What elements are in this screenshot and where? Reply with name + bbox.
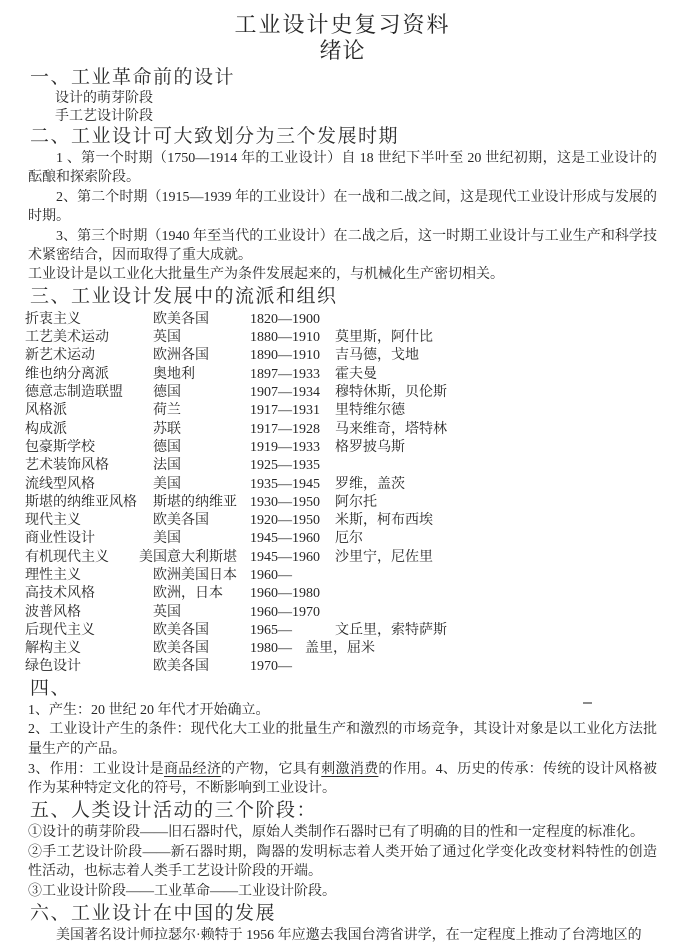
years-cell: 1930—1950 xyxy=(250,494,335,512)
region-cell: 英国 xyxy=(153,604,250,622)
text-segment: 2、工业设计产生的条件：现代化大工业的批量生产和激烈的市场竞争，其设计对象是以工… xyxy=(28,722,657,757)
movement-row: 绿色设计欧美各国1970— xyxy=(25,658,657,676)
movement-row: 有机现代主义美国意大利斯堪1945—1960沙里宁，尼佐里 xyxy=(25,549,657,567)
designers-cell: 霍夫曼 xyxy=(335,366,657,384)
section-4-heading: 四、 xyxy=(30,679,657,699)
region-cell: 美国 xyxy=(153,476,250,494)
designers-cell: 文丘里，索特萨斯 xyxy=(335,622,657,640)
underlined-term: 刺激消费 xyxy=(321,762,378,777)
movement-row: 风格派荷兰1917—1931里特维尔德 xyxy=(25,402,657,420)
movement-row: 包豪斯学校德国1919—1933格罗披乌斯 xyxy=(25,439,657,457)
movement-name-cell: 斯堪的纳维亚风格 xyxy=(25,494,153,512)
years-cell: 1960— xyxy=(250,567,335,585)
region-cell: 欧美各国 xyxy=(153,640,250,658)
movement-row: 高技术风格欧洲，日本1960—1980 xyxy=(25,585,657,603)
movement-row: 德意志制造联盟德国1907—1934穆特休斯，贝伦斯 xyxy=(25,384,657,402)
section-four-item: 2、工业设计产生的条件：现代化大工业的批量生产和激烈的市场竞争，其设计对象是以工… xyxy=(28,720,657,759)
designers-cell xyxy=(335,457,657,475)
scan-artifact-dash xyxy=(583,702,592,704)
movement-name-cell: 解构主义 xyxy=(25,640,153,658)
years-cell: 1907—1934 xyxy=(250,384,335,402)
region-cell: 苏联 xyxy=(153,421,250,439)
region-cell: 美国 xyxy=(153,530,250,548)
movement-name-cell: 后现代主义 xyxy=(25,622,153,640)
movement-name-cell: 工艺美术运动 xyxy=(25,329,153,347)
section-1-item: 手工艺设计阶段 xyxy=(55,108,657,126)
movements-table: 折衷主义欧美各国1820—1900工艺美术运动英国1880—1910莫里斯，阿什… xyxy=(25,311,657,677)
years-cell: 1920—1950 xyxy=(250,512,335,530)
designers-cell: 厄尔 xyxy=(335,530,657,548)
movement-name-cell: 艺术装饰风格 xyxy=(25,457,153,475)
section-four-item: 1、产生：20 世纪 20 年代才开始确立。 xyxy=(28,701,657,721)
period-paragraph-1: 1 、第一个时期（1750—1914 年的工业设计）自 18 世纪下半叶至 20… xyxy=(28,149,657,188)
movement-name-cell: 维也纳分离派 xyxy=(25,366,153,384)
region-cell: 德国 xyxy=(153,384,250,402)
document-page: 工业设计史复习资料 绪论 一、工业革命前的设计 设计的萌芽阶段 手工艺设计阶段 … xyxy=(0,0,675,948)
period-paragraph-2: 2、第二个时期（1915—1939 年的工业设计）在一战和二战之间，这是现代工业… xyxy=(28,188,657,227)
movements-table-body: 折衷主义欧美各国1820—1900工艺美术运动英国1880—1910莫里斯，阿什… xyxy=(25,311,657,677)
movement-row: 折衷主义欧美各国1820—1900 xyxy=(25,311,657,329)
period-paragraph-3: 3、第三个时期（1940 年至当代的工业设计）在二战之后，这一时期工业设计与工业… xyxy=(28,227,657,266)
designers-cell xyxy=(335,585,657,603)
movement-row: 商业性设计美国1945—1960厄尔 xyxy=(25,530,657,548)
region-cell: 欧洲各国 xyxy=(153,347,250,365)
movement-name-cell: 高技术风格 xyxy=(25,585,153,603)
years-cell: 1917—1928 xyxy=(250,421,335,439)
years-cell: 1960—1980 xyxy=(250,585,335,603)
movement-name-cell: 波普风格 xyxy=(25,604,153,622)
region-cell: 欧美各国 xyxy=(153,658,250,676)
movement-name-cell: 有机现代主义 xyxy=(25,549,153,567)
movement-name-cell: 包豪斯学校 xyxy=(25,439,153,457)
text-segment: 1、产生：20 世纪 20 年代才开始确立。 xyxy=(28,703,270,718)
years-cell: 1970— xyxy=(250,658,335,676)
designers-cell: 里特维尔德 xyxy=(335,402,657,420)
region-cell: 德国 xyxy=(153,439,250,457)
movement-row: 现代主义欧美各国1920—1950米斯，柯布西埃 xyxy=(25,512,657,530)
movement-name-cell: 构成派 xyxy=(25,421,153,439)
years-cell: 1820—1900 xyxy=(250,311,335,329)
movement-name-cell: 绿色设计 xyxy=(25,658,153,676)
movement-row: 艺术装饰风格法国1925—1935 xyxy=(25,457,657,475)
region-cell: 荷兰 xyxy=(153,402,250,420)
movement-name-cell: 现代主义 xyxy=(25,512,153,530)
movement-name-cell: 德意志制造联盟 xyxy=(25,384,153,402)
doc-subtitle: 绪论 xyxy=(28,38,657,64)
movement-row: 解构主义欧美各国1980—盖里，屈米 xyxy=(25,640,657,658)
years-cell: 1917—1931 xyxy=(250,402,335,420)
designers-cell: 马来维奇，塔特林 xyxy=(335,421,657,439)
region-cell: 斯堪的纳维亚 xyxy=(153,494,250,512)
movement-row: 工艺美术运动英国1880—1910莫里斯，阿什比 xyxy=(25,329,657,347)
region-cell: 美国意大利斯堪 xyxy=(153,549,250,567)
stage-item-1: ①设计的萌芽阶段——旧石器时代，原始人类制作石器时已有了明确的目的性和一定程度的… xyxy=(28,823,657,843)
movement-row: 构成派苏联1917—1928马来维奇，塔特林 xyxy=(25,421,657,439)
movement-name-cell: 理性主义 xyxy=(25,567,153,585)
movement-row: 新艺术运动欧洲各国1890—1910吉马德，戈地 xyxy=(25,347,657,365)
section-5-heading: 五、人类设计活动的三个阶段： xyxy=(30,801,657,821)
movement-name-cell: 折衷主义 xyxy=(25,311,153,329)
region-cell: 英国 xyxy=(153,329,250,347)
designers-cell: 格罗披乌斯 xyxy=(335,439,657,457)
designers-cell: 沙里宁，尼佐里 xyxy=(335,549,657,567)
stage-item-2: ②手工艺设计阶段——新石器时期，陶器的发明标志着人类开始了通过化学变化改变材料特… xyxy=(28,843,657,883)
designers-cell xyxy=(335,604,657,622)
designers-cell xyxy=(335,658,657,676)
movement-row: 波普风格英国1960—1970 xyxy=(25,604,657,622)
section-five-items: ①设计的萌芽阶段——旧石器时代，原始人类制作石器时已有了明确的目的性和一定程度的… xyxy=(28,823,657,902)
years-cell: 1945—1960 xyxy=(250,530,335,548)
movement-name-cell: 风格派 xyxy=(25,402,153,420)
section-1-heading: 一、工业革命前的设计 xyxy=(30,68,657,88)
movement-row: 流线型风格美国1935—1945罗维，盖茨 xyxy=(25,476,657,494)
years-cell: 1890—1910 xyxy=(250,347,335,365)
years-cell: 1935—1945 xyxy=(250,476,335,494)
designers-cell xyxy=(335,311,657,329)
designers-cell: 穆特休斯，贝伦斯 xyxy=(335,384,657,402)
section-2-note: 工业设计是以工业化大批量生产为条件发展起来的，与机械化生产密切相关。 xyxy=(28,265,657,284)
section-1-item: 设计的萌芽阶段 xyxy=(55,90,657,108)
movement-row: 维也纳分离派奥地利1897—1933霍夫曼 xyxy=(25,366,657,384)
movement-row: 斯堪的纳维亚风格斯堪的纳维亚1930—1950阿尔托 xyxy=(25,494,657,512)
designers-cell: 盖里，屈米 xyxy=(305,640,627,658)
years-cell: 1897—1933 xyxy=(250,366,335,384)
text-segment: 的产物，它具有 xyxy=(221,762,321,777)
designers-cell: 罗维，盖茨 xyxy=(335,476,657,494)
underlined-term: 商品经济 xyxy=(164,762,221,777)
designers-cell: 阿尔托 xyxy=(335,494,657,512)
years-cell: 1960—1970 xyxy=(250,604,335,622)
designers-cell: 吉马德，戈地 xyxy=(335,347,657,365)
movement-name-cell: 流线型风格 xyxy=(25,476,153,494)
years-cell: 1919—1933 xyxy=(250,439,335,457)
region-cell: 欧洲，日本 xyxy=(153,585,250,603)
region-cell: 欧洲美国日本 xyxy=(153,567,250,585)
doc-title: 工业设计史复习资料 xyxy=(28,12,657,38)
text-segment: 3、作用：工业设计是 xyxy=(28,762,164,777)
section-3-heading: 三、工业设计发展中的流派和组织 xyxy=(30,287,657,307)
designers-cell: 米斯，柯布西埃 xyxy=(335,512,657,530)
years-cell: 1945—1960 xyxy=(250,549,335,567)
section-2-heading: 二、工业设计可大致划分为三个发展时期 xyxy=(30,127,657,147)
section-four-items: 1、产生：20 世纪 20 年代才开始确立。2、工业设计产生的条件：现代化大工业… xyxy=(28,701,657,799)
movement-row: 后现代主义欧美各国1965—文丘里，索特萨斯 xyxy=(25,622,657,640)
designers-cell xyxy=(335,567,657,585)
region-cell: 法国 xyxy=(153,457,250,475)
region-cell: 欧美各国 xyxy=(153,311,250,329)
years-cell: 1925—1935 xyxy=(250,457,335,475)
years-cell: 1880—1910 xyxy=(250,329,335,347)
region-cell: 奥地利 xyxy=(153,366,250,384)
stage-item-3: ③工业设计阶段——工业革命——工业设计阶段。 xyxy=(28,882,657,902)
movement-name-cell: 商业性设计 xyxy=(25,530,153,548)
section-four-item: 3、作用：工业设计是商品经济的产物，它具有刺激消费的作用。4、历史的传承：传统的… xyxy=(28,760,657,799)
section-6-heading: 六、工业设计在中国的发展 xyxy=(30,904,657,924)
region-cell: 欧美各国 xyxy=(153,622,250,640)
movement-row: 理性主义欧洲美国日本1960— xyxy=(25,567,657,585)
section-6-paragraph: 美国著名设计师拉瑟尔·赖特于 1956 年应邀去我国台湾省讲学，在一定程度上推动… xyxy=(28,926,657,945)
region-cell: 欧美各国 xyxy=(153,512,250,530)
movement-name-cell: 新艺术运动 xyxy=(25,347,153,365)
years-cell: 1965— xyxy=(250,622,335,640)
designers-cell: 莫里斯，阿什比 xyxy=(335,329,657,347)
